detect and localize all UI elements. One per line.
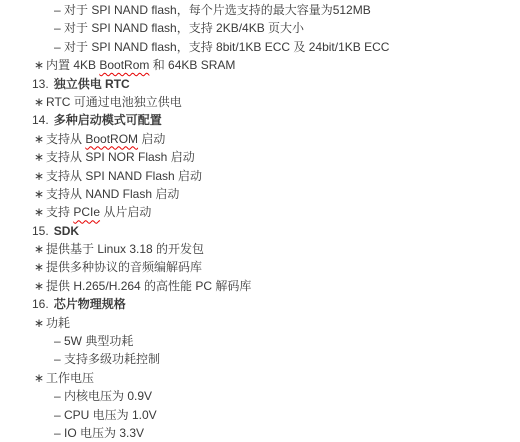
sub-bullet-item: –5W 典型功耗 (0, 332, 520, 350)
item-text: 提供 H.265/H.264 的高性能 PC 解码库 (46, 279, 251, 293)
item-text: 支持从 SPI NOR Flash 启动 (46, 150, 195, 164)
bullet-item: ∗内置 4KB BootRom 和 64KB SRAM (0, 56, 520, 74)
bullet-item: ∗支持从 NAND Flash 启动 (0, 185, 520, 203)
item-text: 内核电压为 0.9V (64, 389, 152, 403)
item-text: 5W 典型功耗 (64, 334, 133, 348)
star-bullet-icon: ∗ (34, 56, 44, 74)
item-text: 工作电压 (46, 371, 94, 385)
star-bullet-icon: ∗ (34, 314, 44, 332)
item-text: 内置 4KB BootRom 和 64KB SRAM (46, 58, 235, 72)
section-heading: 16.芯片物理规格 (0, 295, 520, 313)
sub-bullet-item: –内核电压为 0.9V (0, 387, 520, 405)
item-text: 支持从 BootROM 启动 (46, 132, 165, 146)
item-text: 提供基于 Linux 3.18 的开发包 (46, 242, 204, 256)
bullet-item: ∗支持从 BootROM 启动 (0, 130, 520, 148)
section-number: 16. (32, 297, 49, 311)
item-text: 对于 SPI NAND flash，每个片选支持的最大容量为512MB (64, 3, 371, 17)
star-bullet-icon: ∗ (34, 130, 44, 148)
sub-bullet-item: –IO 电压为 3.3V (0, 424, 520, 442)
dash-bullet-icon: – (54, 332, 61, 350)
section-number: 14. (32, 113, 49, 127)
item-text: 功耗 (46, 316, 70, 330)
dash-bullet-icon: – (54, 424, 61, 442)
star-bullet-icon: ∗ (34, 148, 44, 166)
sub-bullet-item: –支持多级功耗控制 (0, 350, 520, 368)
star-bullet-icon: ∗ (34, 185, 44, 203)
bullet-item: ∗支持从 SPI NAND Flash 启动 (0, 167, 520, 185)
spellcheck-flagged-word: BootRom (99, 58, 149, 72)
bullet-item: ∗提供多种协议的音频编解码库 (0, 258, 520, 276)
section-number: 15. (32, 224, 49, 238)
item-text: 支持从 NAND Flash 启动 (46, 187, 179, 201)
star-bullet-icon: ∗ (34, 93, 44, 111)
bullet-item: ∗提供 H.265/H.264 的高性能 PC 解码库 (0, 277, 520, 295)
dash-bullet-icon: – (54, 1, 61, 19)
section-title: 芯片物理规格 (54, 297, 126, 311)
item-text: RTC 可通过电池独立供电 (46, 95, 182, 109)
spellcheck-flagged-word: BootROM (85, 132, 138, 146)
star-bullet-icon: ∗ (34, 167, 44, 185)
sub-bullet-item: –对于 SPI NAND flash，每个片选支持的最大容量为512MB (0, 1, 520, 19)
spellcheck-flagged-word: PCIe (73, 205, 100, 219)
section-heading: 15.SDK (0, 222, 520, 240)
section-title: SDK (54, 224, 79, 238)
dash-bullet-icon: – (54, 387, 61, 405)
section-title: 多种启动模式可配置 (54, 113, 162, 127)
item-text: 对于 SPI NAND flash，支持 2KB/4KB 页大小 (64, 21, 304, 35)
star-bullet-icon: ∗ (34, 258, 44, 276)
item-text: 支持 PCIe 从片启动 (46, 205, 151, 219)
item-text: 支持多级功耗控制 (64, 352, 160, 366)
item-text: IO 电压为 3.3V (64, 426, 144, 440)
dash-bullet-icon: – (54, 350, 61, 368)
item-text: 提供多种协议的音频编解码库 (46, 260, 202, 274)
sub-bullet-item: –对于 SPI NAND flash，支持 8bit/1KB ECC 及 24b… (0, 38, 520, 56)
sub-bullet-item: –对于 SPI NAND flash，支持 2KB/4KB 页大小 (0, 19, 520, 37)
star-bullet-icon: ∗ (34, 369, 44, 387)
star-bullet-icon: ∗ (34, 240, 44, 258)
section-title: 独立供电 RTC (54, 77, 130, 91)
bullet-item: ∗支持从 SPI NOR Flash 启动 (0, 148, 520, 166)
section-number: 13. (32, 77, 49, 91)
item-text: 支持从 SPI NAND Flash 启动 (46, 169, 202, 183)
bullet-item: ∗提供基于 Linux 3.18 的开发包 (0, 240, 520, 258)
section-heading: 13.独立供电 RTC (0, 75, 520, 93)
dash-bullet-icon: – (54, 38, 61, 56)
spec-document: –对于 SPI NAND flash，每个片选支持的最大容量为512MB–对于 … (0, 0, 520, 442)
bullet-item: ∗工作电压 (0, 369, 520, 387)
bullet-item: ∗支持 PCIe 从片启动 (0, 203, 520, 221)
item-text: CPU 电压为 1.0V (64, 408, 157, 422)
item-text: 对于 SPI NAND flash，支持 8bit/1KB ECC 及 24bi… (64, 40, 389, 54)
dash-bullet-icon: – (54, 406, 61, 424)
star-bullet-icon: ∗ (34, 203, 44, 221)
sub-bullet-item: –CPU 电压为 1.0V (0, 406, 520, 424)
dash-bullet-icon: – (54, 19, 61, 37)
section-heading: 14.多种启动模式可配置 (0, 111, 520, 129)
bullet-item: ∗RTC 可通过电池独立供电 (0, 93, 520, 111)
star-bullet-icon: ∗ (34, 277, 44, 295)
bullet-item: ∗功耗 (0, 314, 520, 332)
